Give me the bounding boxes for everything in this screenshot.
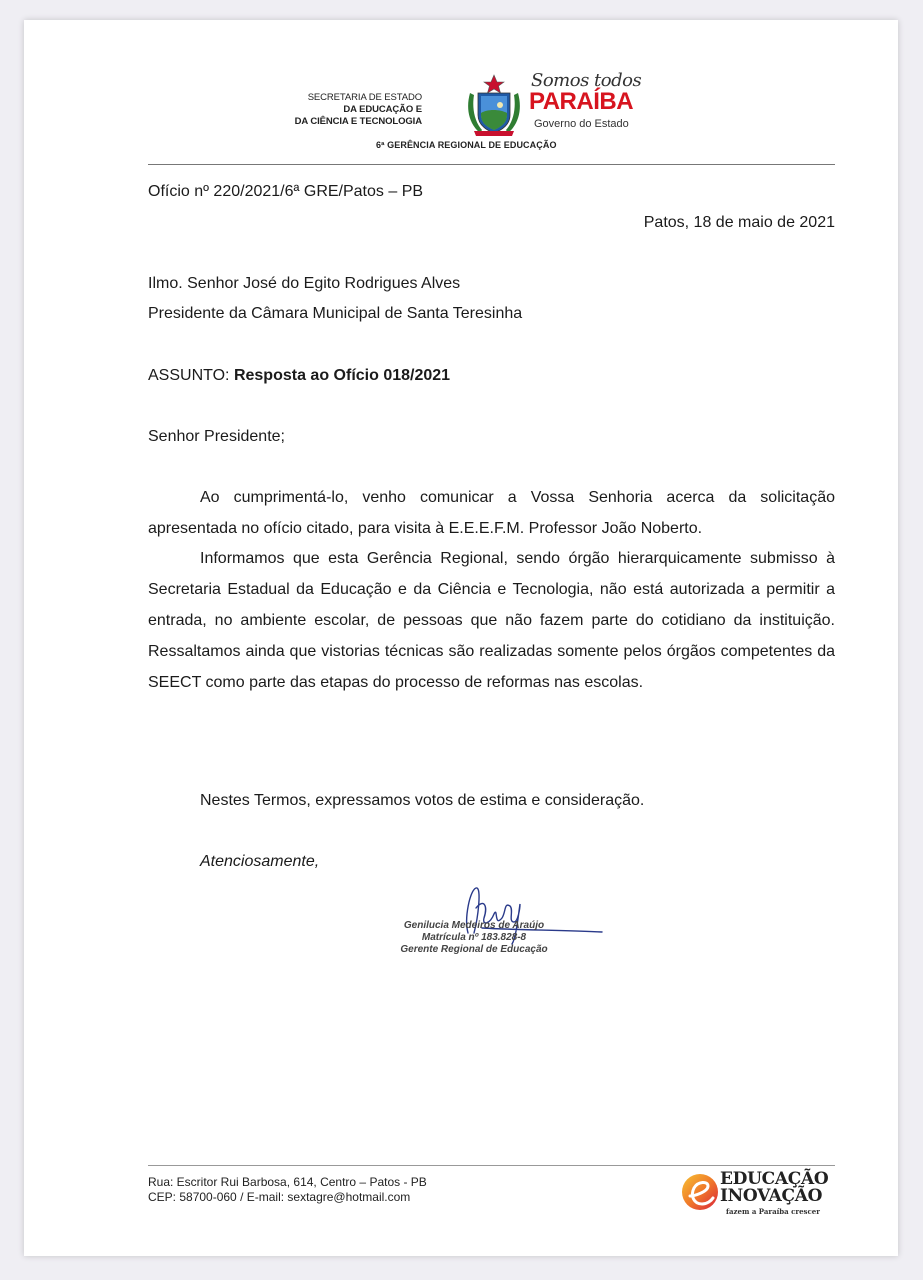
closing-line: Nestes Termos, expressamos votos de esti… (200, 791, 644, 811)
footer-address: Rua: Escritor Rui Barbosa, 614, Centro –… (148, 1175, 427, 1190)
slogan-government: Governo do Estado (534, 118, 629, 130)
slogan-state: PARAÍBA (529, 89, 633, 115)
salutation: Senhor Presidente; (148, 427, 285, 447)
paragraph-2: Informamos que esta Gerência Regional, s… (148, 543, 835, 698)
secretaria-line-2: DA EDUCAÇÃO E (295, 104, 422, 116)
paragraph-1: Ao cumprimentá-lo, venho comunicar a Vos… (148, 482, 835, 544)
secretaria-line-1: SECRETARIA DE ESTADO (295, 92, 422, 104)
footer-contact: CEP: 58700-060 / E-mail: sextagre@hotmai… (148, 1190, 427, 1205)
footer-divider (148, 1165, 835, 1166)
subject-line: ASSUNTO: Resposta ao Ofício 018/2021 (148, 366, 450, 386)
letter-date: Patos, 18 de maio de 2021 (644, 213, 835, 233)
e-swirl-icon (680, 1172, 720, 1212)
secretaria-heading: SECRETARIA DE ESTADO DA EDUCAÇÃO E DA CI… (295, 92, 422, 128)
recipient-title: Presidente da Câmara Municipal de Santa … (148, 304, 522, 324)
footer-address-block: Rua: Escritor Rui Barbosa, 614, Centro –… (148, 1175, 427, 1205)
signer-name: Genilucia Medeiros de Araújo (324, 920, 624, 932)
paragraph-1-text: Ao cumprimentá-lo, venho comunicar a Vos… (148, 489, 835, 537)
logo-tagline: fazem a Paraíba crescer (726, 1207, 820, 1216)
signer-registration: Matrícula nº 183.828-8 (324, 932, 624, 944)
signer-role: Gerente Regional de Educação (324, 944, 624, 956)
secretaria-line-3: DA CIÊNCIA E TECNOLOGIA (295, 116, 422, 128)
recipient-name: Ilmo. Senhor José do Egito Rodrigues Alv… (148, 274, 460, 294)
educacao-inovacao-logo: EDUCAÇÃO INOVAÇÃO fazem a Paraíba cresce… (676, 1168, 846, 1224)
regional-office-heading: 6ª GERÊNCIA REGIONAL DE EDUCAÇÃO (376, 140, 557, 150)
sign-off: Atenciosamente, (200, 852, 319, 872)
subject-label: ASSUNTO: (148, 367, 234, 384)
logo-line-2: INOVAÇÃO (720, 1187, 822, 1205)
state-coat-of-arms-icon (462, 73, 526, 139)
signature-block: Genilucia Medeiros de Araújo Matrícula n… (324, 920, 624, 956)
header-divider (148, 164, 835, 165)
oficio-number: Ofício nº 220/2021/6ª GRE/Patos – PB (148, 182, 423, 202)
letter-page: SECRETARIA DE ESTADO DA EDUCAÇÃO E DA CI… (24, 20, 898, 1256)
subject-value: Resposta ao Ofício 018/2021 (234, 367, 450, 384)
paragraph-2-text: Informamos que esta Gerência Regional, s… (148, 550, 835, 691)
